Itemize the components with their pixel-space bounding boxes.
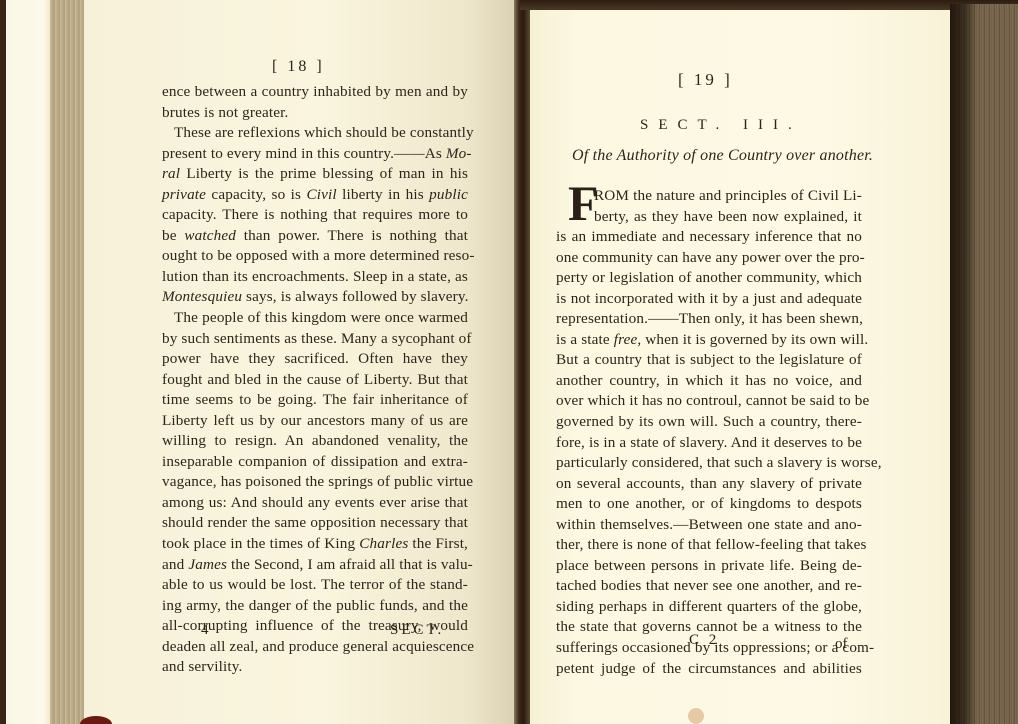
text-line: fore, is in a state of slavery. And it d… xyxy=(556,433,862,454)
section-title: Of the Authority of one Country over ano… xyxy=(572,147,873,165)
text-line: took place in the times of King Charles … xyxy=(162,534,468,555)
signature-mark-right: C 2 xyxy=(689,632,719,649)
right-page-text: ROM the nature and principles of Civil L… xyxy=(556,186,862,679)
text-line: ought to be opposed with a more determin… xyxy=(162,246,468,267)
text-line: among us: And should any events ever ari… xyxy=(162,493,468,514)
text-line: ther, there is none of that fellow-feeli… xyxy=(556,535,862,556)
text-line: inseparable companion of dissipation and… xyxy=(162,452,468,473)
text-line: is not incorporated with it by a just an… xyxy=(556,289,862,310)
text-line: tached bodies that never see one another… xyxy=(556,576,862,597)
text-line: over which it has no controul, cannot be… xyxy=(556,391,862,412)
left-flyleaf xyxy=(6,0,52,724)
signature-mark-left: 4 xyxy=(201,622,209,639)
text-line: vagance, has poisoned the springs of pub… xyxy=(162,472,468,493)
text-line: perty or legislation of another communit… xyxy=(556,268,862,289)
left-page-text: ence between a country inhabited by men … xyxy=(162,82,468,678)
text-line: These are reflexions which should be con… xyxy=(162,123,468,144)
text-line: another country, in which it has no voic… xyxy=(556,371,862,392)
text-line: is an immediate and necessary inference … xyxy=(556,227,862,248)
text-line: Montesquieu says, is always followed by … xyxy=(162,287,468,308)
text-line: fought and bled in the cause of Liberty.… xyxy=(162,370,468,391)
text-line: by such sentiments as these. Many a syco… xyxy=(162,329,468,350)
text-line: deaden all zeal, and produce general acq… xyxy=(162,637,468,658)
page-number-right: [ 19 ] xyxy=(678,70,733,90)
text-line: private capacity, so is Civil liberty in… xyxy=(162,185,468,206)
text-line: brutes is not greater. xyxy=(162,103,468,124)
paper-stain xyxy=(688,708,704,724)
text-line: time seems to be going. The fair inherit… xyxy=(162,390,468,411)
page-number-left: [ 18 ] xyxy=(272,58,325,76)
text-line: The people of this kingdom were once war… xyxy=(162,308,468,329)
book-gutter xyxy=(514,0,530,724)
text-line: is a state free, when it is governed by … xyxy=(556,330,862,351)
text-line: petent judge of the circumstances and ab… xyxy=(556,659,862,680)
text-line: ence between a country inhabited by men … xyxy=(162,82,468,103)
text-line: place between persons in private life. B… xyxy=(556,556,862,577)
text-line: willing to resign. An abandoned venality… xyxy=(162,431,468,452)
text-line: and servility. xyxy=(162,657,468,678)
text-line: within themselves.—Between one state and… xyxy=(556,515,862,536)
left-page-edges xyxy=(50,0,86,724)
text-line: on several accounts, than any slavery of… xyxy=(556,474,862,495)
text-line: ral Liberty is the prime blessing of man… xyxy=(162,164,468,185)
section-heading: SECT. III. xyxy=(640,117,802,134)
text-line: ROM the nature and principles of Civil L… xyxy=(556,186,862,207)
catchword-right: of xyxy=(835,636,848,653)
text-line: lution than its encroachments. Sleep in … xyxy=(162,267,468,288)
text-line: berty, as they have been now explained, … xyxy=(556,207,862,228)
text-line: siding perhaps in different quarters of … xyxy=(556,597,862,618)
text-line: able to us would be lost. The terror of … xyxy=(162,575,468,596)
text-line: ing army, the danger of the public funds… xyxy=(162,596,468,617)
text-line: But a country that is subject to the leg… xyxy=(556,350,862,371)
text-line: be watched than power. There is nothing … xyxy=(162,226,468,247)
text-line: representation.——Then only, it has been … xyxy=(556,309,862,330)
text-line: capacity. There is nothing that requires… xyxy=(162,205,468,226)
text-line: Liberty left us by our ancestors many of… xyxy=(162,411,468,432)
text-line: governed by its own will. Such a country… xyxy=(556,412,862,433)
text-line: power have they sacrificed. Often have t… xyxy=(162,349,468,370)
book-spread-scan: [ 18 ] ence between a country inhabited … xyxy=(0,0,1018,724)
text-line: should render the same opposition necess… xyxy=(162,513,468,534)
right-page-edges xyxy=(950,4,1018,724)
text-line: and James the Second, I am afraid all th… xyxy=(162,555,468,576)
text-line: men to one another, or of kingdoms to de… xyxy=(556,494,862,515)
catchword-left: SECT. xyxy=(390,622,444,639)
text-line: one community can have any power over th… xyxy=(556,248,862,269)
top-cover-shadow xyxy=(520,0,1018,10)
text-line: present to every mind in this country.——… xyxy=(162,144,468,165)
text-line: particularly considered, that such a sla… xyxy=(556,453,862,474)
